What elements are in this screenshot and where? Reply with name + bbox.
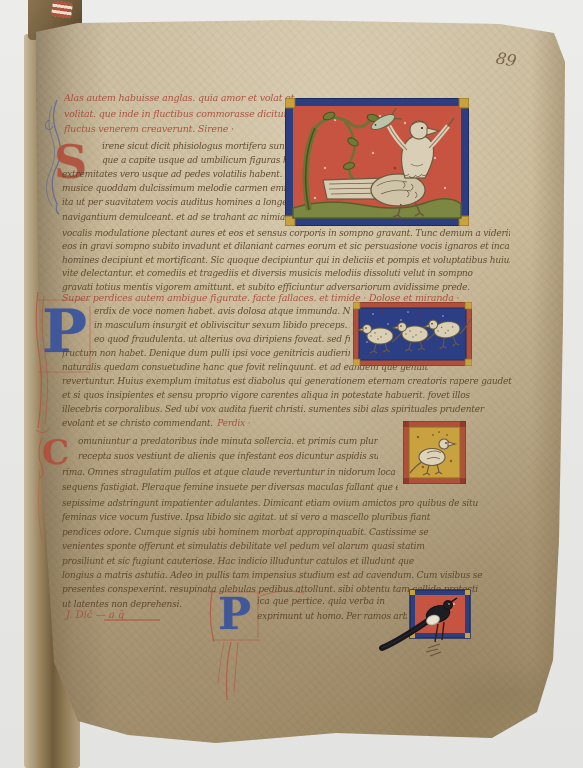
catchword: J. Dic̄ — a q̄ <box>66 610 124 621</box>
rubric-line: volitat. que inde in fluctibus commorass… <box>64 109 296 125</box>
text-line: longius a matris astutia. Adeo in pullis… <box>62 571 514 585</box>
perdix-text-full: naturalis quedam consuetudine hanc que f… <box>62 363 514 419</box>
text-line: feminas vice vocum fustive. Ipsa libido … <box>62 513 514 527</box>
text-line: pendices odore. Cumque signis ubi homine… <box>62 528 514 542</box>
partridges-miniature <box>353 302 472 366</box>
initial-C: C <box>42 434 69 472</box>
folio-number: 89 <box>495 48 518 70</box>
partridge2-text-indented: omuniuntur a predatoribus inde minuta so… <box>78 437 378 466</box>
text-line: omuniuntur a predatoribus inde minuta so… <box>78 437 378 452</box>
siren-text-indented: irene sicut dicit phisiologus mortifera … <box>102 142 298 170</box>
partridge2-text-mid: rima. Omnes stragulatim pullos et atque … <box>62 468 398 497</box>
text-line: vocalis modulatione plectant aures et eo… <box>62 229 510 242</box>
siren-text-full: vocalis modulatione plectant aures et eo… <box>62 229 510 296</box>
magpie-miniature <box>378 586 476 662</box>
text-span: evolant et se christo commendant. <box>62 419 217 429</box>
text-line: et si quos insipientes et sensu proprio … <box>62 391 514 405</box>
text-line: venientes sponte offerunt et simulatis d… <box>62 542 514 556</box>
siren-rubric: Alas autem habuisse anglas. quia amor et… <box>64 93 296 140</box>
partridge2-text-full: sepissime adstringunt impatienter adulan… <box>62 499 514 600</box>
text-line: eo quod fraudulenta. ut alterius ova dir… <box>94 335 350 349</box>
text-line: illecebris corporalibus. Sed ubi vox aud… <box>62 405 514 419</box>
text-line: revertuntur. Huius exemplum imitatus est… <box>62 377 514 391</box>
text-line: homines decipiunt et mortificant. Sic qu… <box>62 256 510 269</box>
text-line: rima. Omnes stragulatim pullos et atque … <box>62 468 398 483</box>
rubric-word: Perdix · <box>217 419 250 429</box>
text-line: extremitates vero usque ad pedes volatil… <box>62 170 296 184</box>
text-line: ita ut per suavitatem vocis auditus homi… <box>62 198 296 212</box>
text-line: eos in gravi sompno subito invadunt et d… <box>62 242 510 255</box>
perdix-text-mid: fructum non habet. Denique dum pulli ips… <box>62 349 350 363</box>
text-line: fructum non habet. Denique dum pulli ips… <box>62 349 350 363</box>
text-line: musice quoddam dulcissimum melodie carme… <box>62 184 296 198</box>
text-line: in masculum insurgit et obliviscitur sex… <box>94 321 350 335</box>
endband <box>51 1 73 19</box>
siren-text-narrow: extremitates vero usque ad pedes volatil… <box>62 170 296 227</box>
parchment-stain <box>436 660 583 730</box>
perdix-text-narrow: erdix de voce nomen habet. avis dolosa a… <box>94 307 350 349</box>
perdix-text-end: evolant et se christo commendant. Perdix… <box>62 419 400 433</box>
text-line: sepissime adstringunt impatienter adulan… <box>62 499 514 513</box>
text-line: irene sicut dicit phisiologus mortifera … <box>102 142 298 156</box>
rubric-line: Alas autem habuisse anglas. quia amor et… <box>64 93 296 109</box>
text-line: navigantium demulceant. et ad se trahant… <box>62 213 296 227</box>
text-line: sequens fastigiat. Pleraque femine insue… <box>62 483 398 498</box>
text-line: prosiliunt et sic fugiunt cauteriose. Ha… <box>62 557 514 571</box>
text-line: erdix de voce nomen habet. avis dolosa a… <box>94 307 350 321</box>
initial-P-pica: P <box>218 591 251 639</box>
text-line: evolant et se christo commendant. Perdix… <box>62 419 400 433</box>
siren-miniature <box>285 98 469 226</box>
bird-miniature <box>403 421 466 484</box>
text-line: que a capite usque ad umbilicum figuras … <box>102 156 298 170</box>
rubric-line: fluctus venerem creaverunt. Sirene · <box>64 124 296 140</box>
text-line: recepta suos vestiunt de alienis que inf… <box>78 452 378 467</box>
text-line: vite delectantur. et comediis et tragedi… <box>62 269 510 282</box>
